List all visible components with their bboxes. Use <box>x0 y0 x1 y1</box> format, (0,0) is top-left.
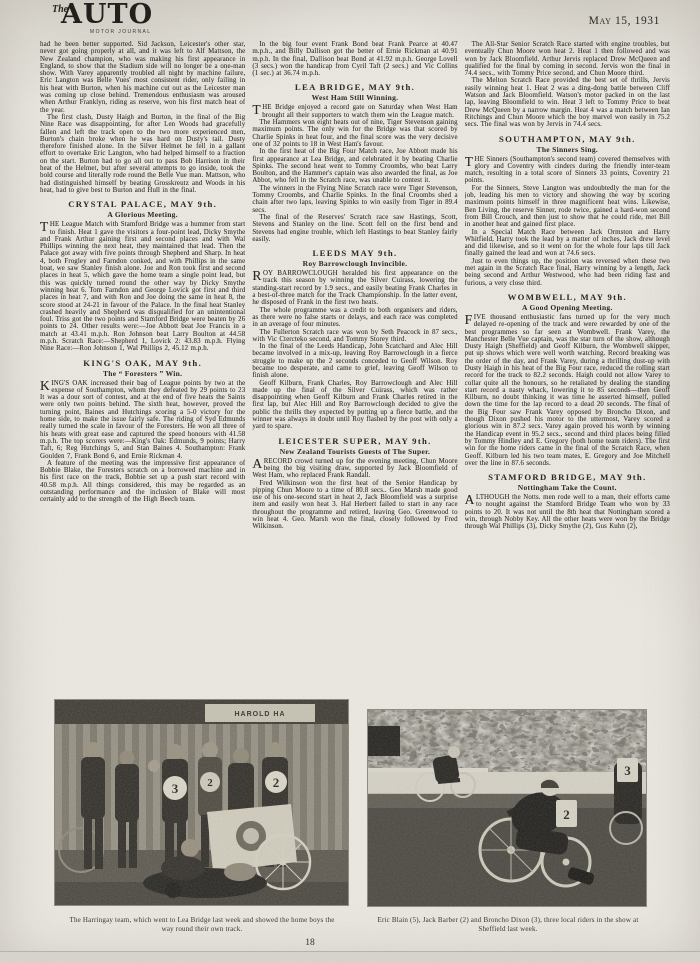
article-paragraph: The All-Star Senior Scratch Race started… <box>465 41 670 77</box>
harringay-team-photo: HAROLD HA 3 2 2 <box>55 700 348 905</box>
column-2: In the big four event Frank Bond beat Fr… <box>252 41 457 678</box>
logo-main: AUTO <box>61 0 153 30</box>
section-title: WOMBWELL, MAY 9th. <box>465 292 670 302</box>
article-paragraph: A feature of the meeting was the impress… <box>40 460 245 504</box>
section-subtitle: Nottingham Take the Count. <box>465 483 670 492</box>
paragraph-text: HE Bridge enjoyed a record gate on Satur… <box>262 104 457 118</box>
section-title: KING'S OAK, MAY 9th. <box>40 358 245 368</box>
article-paragraph: Geoff Kilburn, Frank Charles, Roy Barrow… <box>252 380 457 431</box>
section-subtitle: A Good Opening Meeting. <box>465 303 670 312</box>
section-subtitle: West Ham Still Winning. <box>252 93 457 102</box>
scan-edge-strip <box>0 951 700 963</box>
article-paragraph: In the first heat of the Big Four Match … <box>252 148 457 184</box>
article-paragraph: THE League Match with Stamford Bridge wa… <box>40 221 245 352</box>
section-subtitle: The “ Foresters ” Win. <box>40 369 245 378</box>
paragraph-text: RECORD crowd turned up for the evening m… <box>252 458 457 480</box>
article-paragraph: The final of the Reserves' Scratch race … <box>252 214 457 243</box>
column-1: had he been better supported. Sid Jackso… <box>40 41 245 678</box>
paragraph-text: OY BARROWCLOUGH heralded his first appea… <box>252 270 457 306</box>
section-subtitle: The Sinners Sing. <box>465 145 670 154</box>
section-title: CRYSTAL PALACE, MAY 9th. <box>40 199 245 209</box>
article-paragraph: Just to even things up, the position was… <box>465 258 670 287</box>
article-paragraph: In the final of the Leeds Handicap, John… <box>252 343 457 379</box>
drop-cap: A <box>465 494 476 507</box>
drop-cap: T <box>40 221 50 234</box>
article-paragraph: The whole programme was a credit to both… <box>252 307 457 329</box>
article-paragraph: ROY BARROWCLOUGH heralded his first appe… <box>252 270 457 306</box>
article-paragraph: The Fullerton Scratch race was won by Se… <box>252 329 457 344</box>
logo-subtitle: MOTOR JOURNAL <box>90 29 151 35</box>
article-paragraph: The first clash, Dusty Haigh and Burton,… <box>40 114 245 194</box>
photo-caption-right: Eric Blain (5), Jack Barber (2) and Bron… <box>374 916 642 933</box>
section-title: LEICESTER SUPER, MAY 9th. <box>252 436 457 446</box>
section-title: STAMFORD BRIDGE, MAY 9th. <box>465 472 670 482</box>
paragraph-text: HE League Match with Stamford Bridge was… <box>40 221 245 352</box>
article-paragraph: The Hammers won eight heats out of nine,… <box>252 119 457 148</box>
issue-date: May 15, 1931 <box>589 15 660 27</box>
article-paragraph: had he been better supported. Sid Jackso… <box>40 41 245 114</box>
article-paragraph: In a Special Match Race between Jack Orm… <box>465 229 670 258</box>
article-paragraph: ALTHOUGH the Notts. men rode well to a m… <box>465 494 670 530</box>
auto-logo: The AUTO MOTOR JOURNAL <box>52 3 182 37</box>
section-subtitle: A Glorious Meeting. <box>40 210 245 219</box>
article-paragraph: Fred Wilkinson won the first heat of the… <box>252 480 457 531</box>
article-columns: had he been better supported. Sid Jackso… <box>40 41 670 678</box>
article-paragraph: KING'S OAK increased their bag of League… <box>40 380 245 460</box>
section-title: SOUTHAMPTON, MAY 9th. <box>465 134 670 144</box>
column-3: The All-Star Senior Scratch Race started… <box>465 41 670 678</box>
section-subtitle: New Zealand Tourists Guests of The Super… <box>252 447 457 456</box>
magazine-page: The AUTO MOTOR JOURNAL May 15, 1931 had … <box>0 0 700 963</box>
section-title: LEEDS MAY 9th. <box>252 248 457 258</box>
article-paragraph: The winners in the Flying Nine Scratch r… <box>252 185 457 214</box>
article-paragraph: THE Sinners (Southampton's second team) … <box>465 156 670 185</box>
paragraph-text: HE Sinners (Southampton's second team) c… <box>465 156 670 185</box>
section-subtitle: Roy Barrowclough Invincible. <box>252 259 457 268</box>
article-paragraph: THE Bridge enjoyed a record gate on Satu… <box>252 104 457 119</box>
drop-cap: F <box>465 314 474 327</box>
paragraph-text: ING'S OAK increased their bag of League … <box>40 380 245 460</box>
photo-caption-left: The Harringay team, which went to Lea Br… <box>68 916 336 933</box>
drop-cap: K <box>40 380 51 393</box>
article-paragraph: ARECORD crowd turned up for the evening … <box>252 458 457 480</box>
paragraph-text: IVE thousand enthusiastic fans turned up… <box>465 314 670 467</box>
sheffield-riders-photo: 3 2 <box>368 710 646 906</box>
drop-cap: T <box>465 156 475 169</box>
article-paragraph: In the big four event Frank Bond beat Fr… <box>252 41 457 77</box>
paragraph-text: LTHOUGH the Notts. men rode well to a ma… <box>465 494 670 530</box>
article-paragraph: For the Sinners, Steve Langton was undou… <box>465 185 670 229</box>
drop-cap: R <box>252 270 263 283</box>
drop-cap: T <box>252 104 262 117</box>
drop-cap: A <box>252 458 263 471</box>
page-number: 18 <box>0 938 620 948</box>
article-paragraph: FIVE thousand enthusiastic fans turned u… <box>465 314 670 467</box>
article-paragraph: The Melton Scratch Race provided the bes… <box>465 77 670 128</box>
section-title: LEA BRIDGE, MAY 9th. <box>252 82 457 92</box>
